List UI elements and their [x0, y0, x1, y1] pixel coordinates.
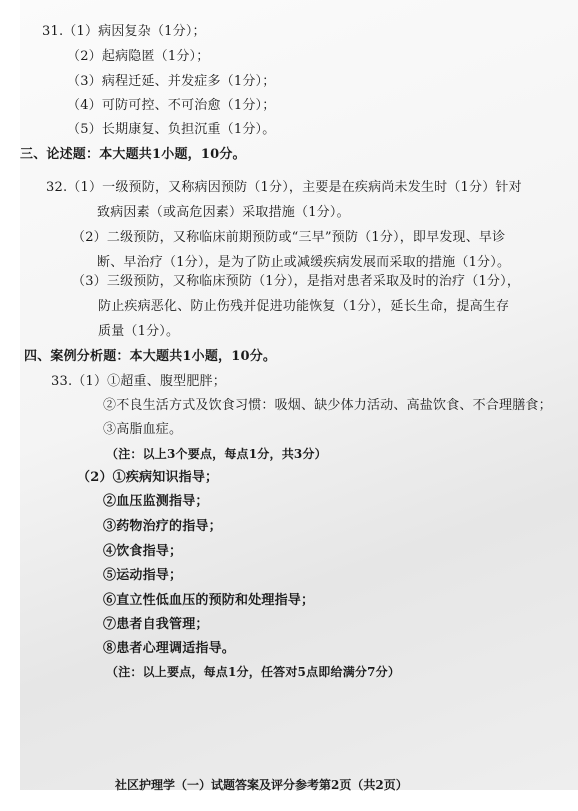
q31-item-2: （2）起病隐匿（1分）； [67, 49, 209, 65]
section4-heading: 四、案例分析题：本大题共1小题，10分。 [24, 349, 276, 365]
q31-item-3: （3）病程迁延、并发症多（1分）； [67, 74, 275, 90]
q31-number: 31. [42, 24, 63, 39]
q32-part2-cont: 断、早治疗（1分），是为了防止或减缓疾病发展而采取的措施（1分）。 [97, 255, 510, 271]
q33-part2-item-4: ④饮食指导； [103, 544, 182, 560]
q33-part1-note: （注：以上3个要点，每点1分，共3分） [106, 446, 327, 462]
document-page: 31.（1）病因复杂（1分）； （2）起病隐匿（1分）； （3）病程迁延、并发症… [20, 0, 578, 790]
q33-part2-item-3: ③药物治疗的指导； [103, 519, 222, 535]
q33-part2-item-5: ⑤运动指导； [103, 568, 182, 584]
q33-part1-item-3: ③高脂血症。 [103, 422, 182, 438]
q33-part1-label: （1） [72, 374, 107, 389]
q32-part2-text: （2）二级预防，又称临床前期预防或“三早”预防（1分），即早发现、早诊 [72, 230, 505, 246]
q32-part3-cont-2: 质量（1分）。 [98, 324, 179, 340]
q31-item-1: （1）病因复杂（1分）； [63, 24, 205, 39]
q31-item-5: （5）长期康复、负担沉重（1分）。 [67, 122, 275, 138]
q31-line-1: 31.（1）病因复杂（1分）； [42, 24, 206, 40]
q33-part1-item-1: ①超重、腹型肥胖； [107, 374, 226, 389]
q33-part2-line-1: （2）①疾病知识指导； [77, 470, 218, 486]
section3-heading: 三、论述题：本大题共1小题，10分。 [20, 147, 246, 163]
q32-part3-cont-1: 防止疾病恶化、防止伤残并促进功能恢复（1分），延长生命，提高生存 [98, 299, 509, 315]
q33-part2-item-6: ⑥直立性低血压的预防和处理指导； [103, 593, 314, 609]
q33-part1-item-2: ②不良生活方式及饮食习惯：吸烟、缺少体力活动、高盐饮食、不合理膳食； [103, 398, 552, 414]
q33-part2-item-8: ⑧患者心理调适指导。 [103, 641, 235, 657]
q32-number: 32. [46, 180, 67, 195]
q32-line-1: 32.（1）一级预防，又称病因预防（1分），主要是在疾病尚未发生时（1分）针对 [46, 180, 522, 196]
q33-part2-item-2: ②血压监测指导； [103, 494, 209, 510]
q33-part2-label: （2） [77, 470, 113, 485]
q32-part1-cont: 致病因素（或高危因素）采取措施（1分）。 [97, 205, 350, 221]
q33-part2-note: （注：以上要点，每点1分，任答对5点即给满分7分） [106, 664, 400, 680]
q33-line-1: 33.（1）①超重、腹型肥胖； [51, 374, 226, 390]
page-footer: 社区护理学（一）试题答案及评分参考第2页（共2页） [115, 776, 408, 793]
q32-part3-text: （3）三级预防，又称临床预防（1分），是指对患者采取及时的治疗（1分）， [72, 274, 520, 290]
q33-part2-item-7: ⑦患者自我管理； [103, 617, 209, 633]
q33-part2-item-1: ①疾病知识指导； [113, 470, 219, 485]
q31-item-4: （4）可防可控、不可治愈（1分）； [67, 98, 275, 114]
q32-part1-text: （1）一级预防，又称病因预防（1分），主要是在疾病尚未发生时（1分）针对 [67, 180, 522, 195]
q33-number: 33. [51, 374, 72, 389]
